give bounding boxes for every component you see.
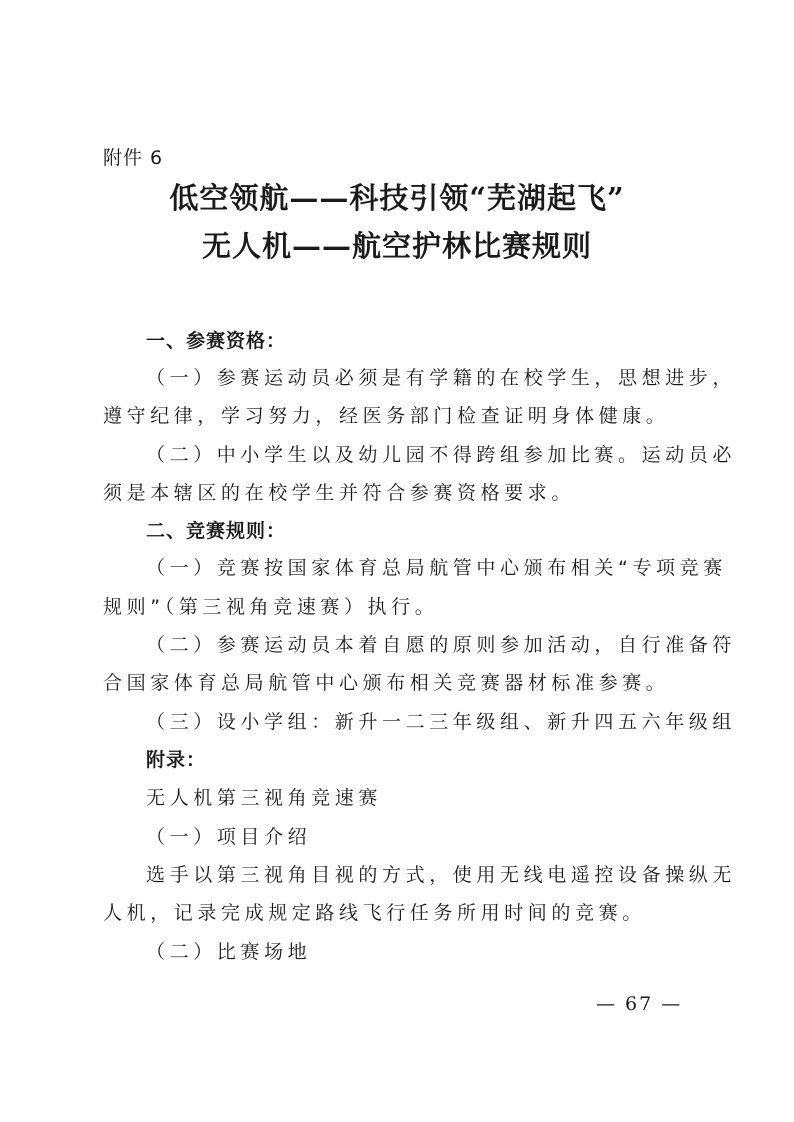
paragraph-line: （三）设小学组：新升一二三年级组、新升四五六年级组 (146, 707, 736, 734)
document-title-line-1: 低空领航——科技引领“芜湖起飞” (0, 176, 794, 217)
attachment-label: 附件 6 (103, 143, 163, 170)
paragraph-line: 选手以第三视角目视的方式，使用无线电遥控设备操纵无 (146, 860, 736, 887)
document-title-line-2: 无人机——航空护林比赛规则 (0, 224, 794, 265)
subsection-heading: （一）项目介绍 (146, 822, 736, 849)
appendix-heading: 附录： (146, 745, 736, 772)
paragraph-line: （二）中小学生以及幼儿园不得跨组参加比赛。运动员必 (146, 440, 736, 467)
subsection-heading: （二）比赛场地 (146, 937, 736, 964)
section-heading-eligibility: 一、参赛资格： (146, 326, 736, 353)
paragraph-line: 遵守纪律，学习努力，经医务部门检查证明身体健康。 (103, 401, 693, 428)
paragraph-line: （一）竞赛按国家体育总局航管中心颁布相关“专项竞赛 (146, 553, 736, 580)
paragraph-line: 规则”（第三视角竞速赛）执行。 (103, 592, 693, 619)
paragraph-line: 须是本辖区的在校学生并符合参赛资格要求。 (103, 478, 693, 505)
paragraph-line: 合国家体育总局航管中心颁布相关竞赛器材标准参赛。 (103, 668, 693, 695)
paragraph-line: 人机，记录完成规定路线飞行任务所用时间的竞赛。 (103, 898, 693, 925)
paragraph-line: （二）参赛运动员本着自愿的原则参加活动，自行准备符 (146, 630, 736, 657)
page-number: — 67 — (596, 993, 682, 1015)
appendix-title: 无人机第三视角竞速赛 (146, 783, 736, 810)
section-heading-rules: 二、竞赛规则： (146, 516, 736, 543)
paragraph-line: （一）参赛运动员必须是有学籍的在校学生，思想进步， (146, 363, 736, 390)
document-page: 附件 6 低空领航——科技引领“芜湖起飞” 无人机——航空护林比赛规则 一、参赛… (0, 0, 794, 1122)
